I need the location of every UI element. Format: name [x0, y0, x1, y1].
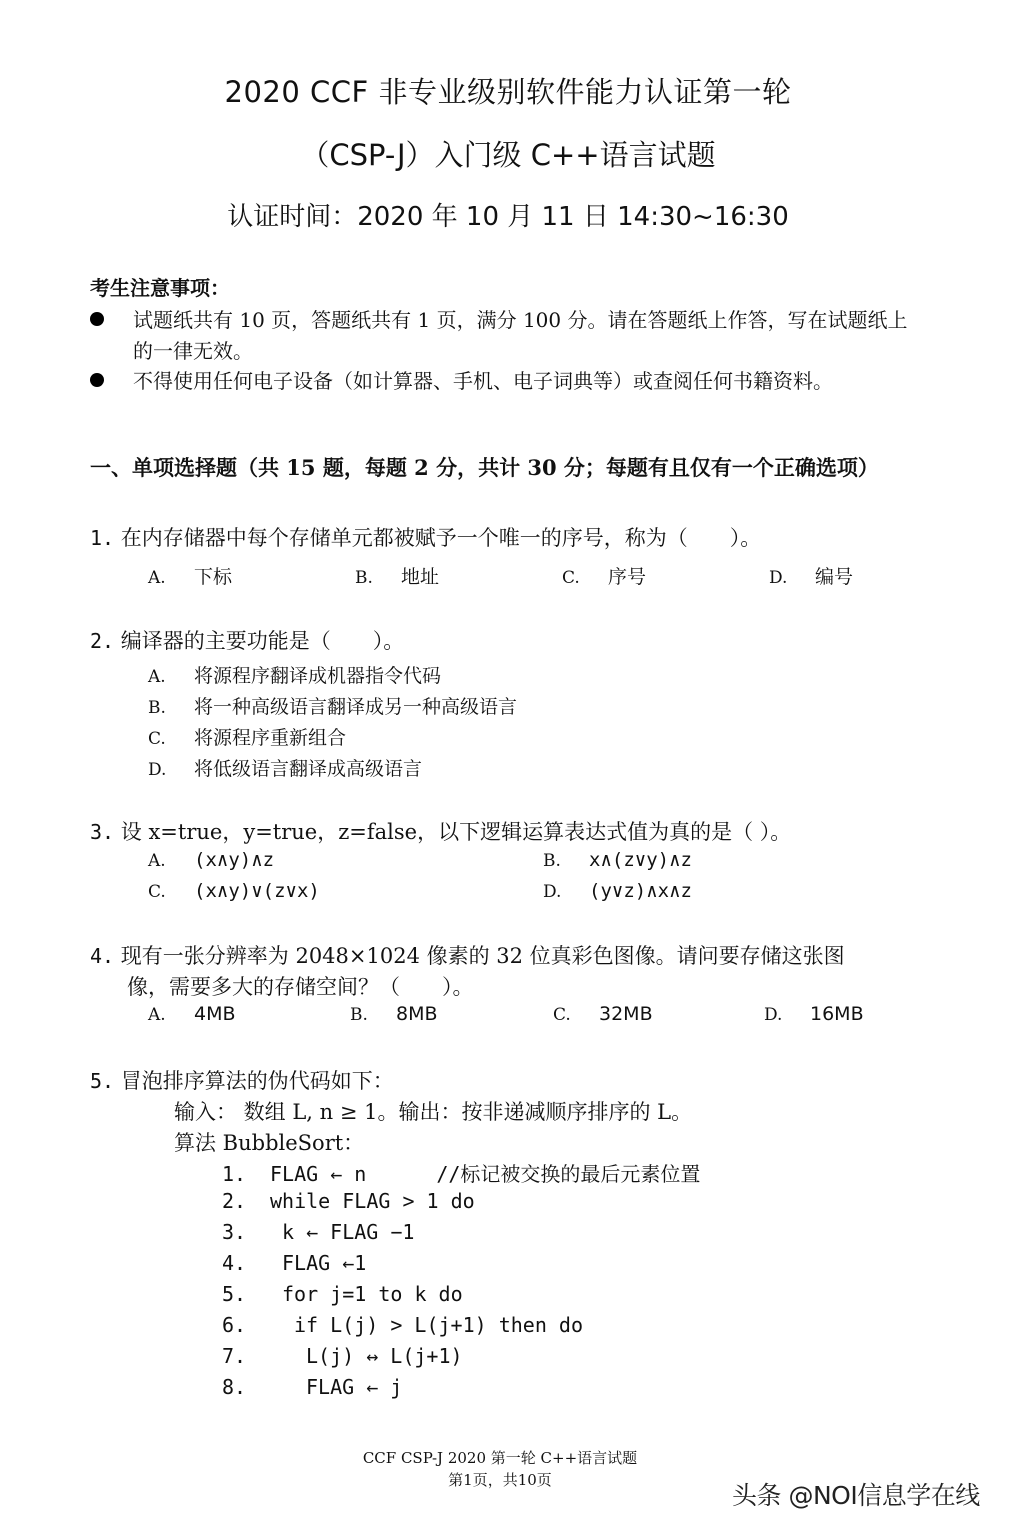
option-d: D.16MB	[764, 1003, 864, 1025]
line-number: 4.	[222, 1251, 270, 1275]
option-a: A.4MB	[148, 1003, 236, 1025]
option-d: D.(y∨z)∧x∧z	[543, 880, 692, 902]
note-text: 试题纸共有 10 页，答题纸共有 1 页，满分 100 分。请在答题纸上作答，写…	[133, 305, 923, 367]
question-text: 设 x=true，y=true，z=false，以下逻辑运算表达式值为真的是（ …	[121, 820, 791, 844]
question-number: 5.	[90, 1069, 114, 1093]
page-title-line1: 2020 CCF 非专业级别软件能力认证第一轮	[0, 70, 1016, 111]
question-text: 在内存储器中每个存储单元都被赋予一个唯一的序号，称为（ ）。	[121, 526, 762, 550]
page-title-line2: （CSP-J）入门级 C++语言试题	[0, 133, 1016, 174]
notes-heading: 考生注意事项：	[90, 272, 230, 301]
question-text-line2: 像，需要多大的存储空间？（ ）。	[127, 971, 474, 1001]
question-text: 编译器的主要功能是（ ）。	[121, 629, 405, 653]
code-text: if L(j) > L(j+1) then do	[294, 1313, 583, 1337]
code-text: while FLAG > 1 do	[270, 1189, 475, 1213]
code-line: 8.FLAG ← j	[222, 1375, 402, 1399]
code-text: FLAG ← n	[270, 1162, 366, 1186]
line-number: 2.	[222, 1189, 270, 1213]
code-text: k ← FLAG −1	[282, 1220, 414, 1244]
option-d: D.编号	[769, 562, 853, 589]
algo-name-line: 算法 BubbleSort：	[174, 1127, 364, 1157]
question-4: 4. 现有一张分辨率为 2048×1024 像素的 32 位真彩色图像。请问要存…	[90, 940, 845, 970]
code-text: FLAG ← j	[306, 1375, 402, 1399]
section-heading: 一、单项选择题（共 15 题，每题 2 分，共计 30 分；每题有且仅有一个正确…	[90, 452, 920, 483]
option-c: C.32MB	[553, 1003, 653, 1025]
bullet-icon	[90, 373, 104, 387]
question-number: 2.	[90, 629, 114, 653]
option-b: B.地址	[355, 562, 439, 589]
algo-io-line: 输入： 数组 L, n ≥ 1。输出：按非递减顺序排序的 L。	[174, 1096, 692, 1126]
option-b: B.8MB	[350, 1003, 438, 1025]
option-d: D.将低级语言翻译成高级语言	[148, 754, 422, 781]
question-number: 4.	[90, 944, 114, 968]
option-b: B.将一种高级语言翻译成另一种高级语言	[148, 692, 517, 719]
code-text: L(j) ↔ L(j+1)	[306, 1344, 463, 1368]
question-text: 冒泡排序算法的伪代码如下：	[121, 1069, 394, 1093]
note-text: 不得使用任何电子设备（如计算器、手机、电子词典等）或查阅任何书籍资料。	[133, 366, 923, 397]
question-2: 2. 编译器的主要功能是（ ）。	[90, 625, 404, 655]
option-c: C.将源程序重新组合	[148, 723, 346, 750]
line-number: 3.	[222, 1220, 270, 1244]
question-number: 1.	[90, 526, 114, 550]
code-text: for j=1 to k do	[282, 1282, 463, 1306]
option-c: C.序号	[562, 562, 646, 589]
option-a: A.将源程序翻译成机器指令代码	[148, 661, 441, 688]
code-line: 2.while FLAG > 1 do	[222, 1189, 475, 1213]
code-line: 7.L(j) ↔ L(j+1)	[222, 1344, 463, 1368]
code-line: 5.for j=1 to k do	[222, 1282, 463, 1306]
code-line: 6.if L(j) > L(j+1) then do	[222, 1313, 583, 1337]
line-number: 6.	[222, 1313, 270, 1337]
question-text-line1: 现有一张分辨率为 2048×1024 像素的 32 位真彩色图像。请问要存储这张…	[121, 944, 845, 968]
code-line: 3.k ← FLAG −1	[222, 1220, 414, 1244]
line-number: 7.	[222, 1344, 270, 1368]
option-a: A.(x∧y)∧z	[148, 849, 274, 871]
question-5: 5. 冒泡排序算法的伪代码如下：	[90, 1065, 394, 1095]
line-number: 5.	[222, 1282, 270, 1306]
bullet-icon	[90, 312, 104, 326]
option-b: B.x∧(z∨y)∧z	[543, 849, 692, 871]
code-comment: //标记被交换的最后元素位置	[436, 1162, 700, 1186]
question-number: 3.	[90, 820, 114, 844]
footer-page: 第1页，共10页	[300, 1469, 700, 1490]
line-number: 1.	[222, 1162, 270, 1186]
footer-title: CCF CSP-J 2020 第一轮 C++语言试题	[300, 1447, 700, 1468]
watermark: 头条 @NOI信息学在线	[732, 1476, 980, 1512]
code-line: 1.FLAG ← n//标记被交换的最后元素位置	[222, 1158, 700, 1187]
line-number: 8.	[222, 1375, 270, 1399]
code-text: FLAG ←1	[282, 1251, 366, 1275]
option-c: C.(x∧y)∨(z∨x)	[148, 880, 320, 902]
code-line: 4.FLAG ←1	[222, 1251, 366, 1275]
option-a: A.下标	[148, 562, 232, 589]
exam-time: 认证时间：2020 年 10 月 11 日 14:30~16:30	[0, 196, 1016, 233]
question-1: 1. 在内存储器中每个存储单元都被赋予一个唯一的序号，称为（ ）。	[90, 522, 761, 552]
question-3: 3. 设 x=true，y=true，z=false，以下逻辑运算表达式值为真的…	[90, 816, 791, 846]
